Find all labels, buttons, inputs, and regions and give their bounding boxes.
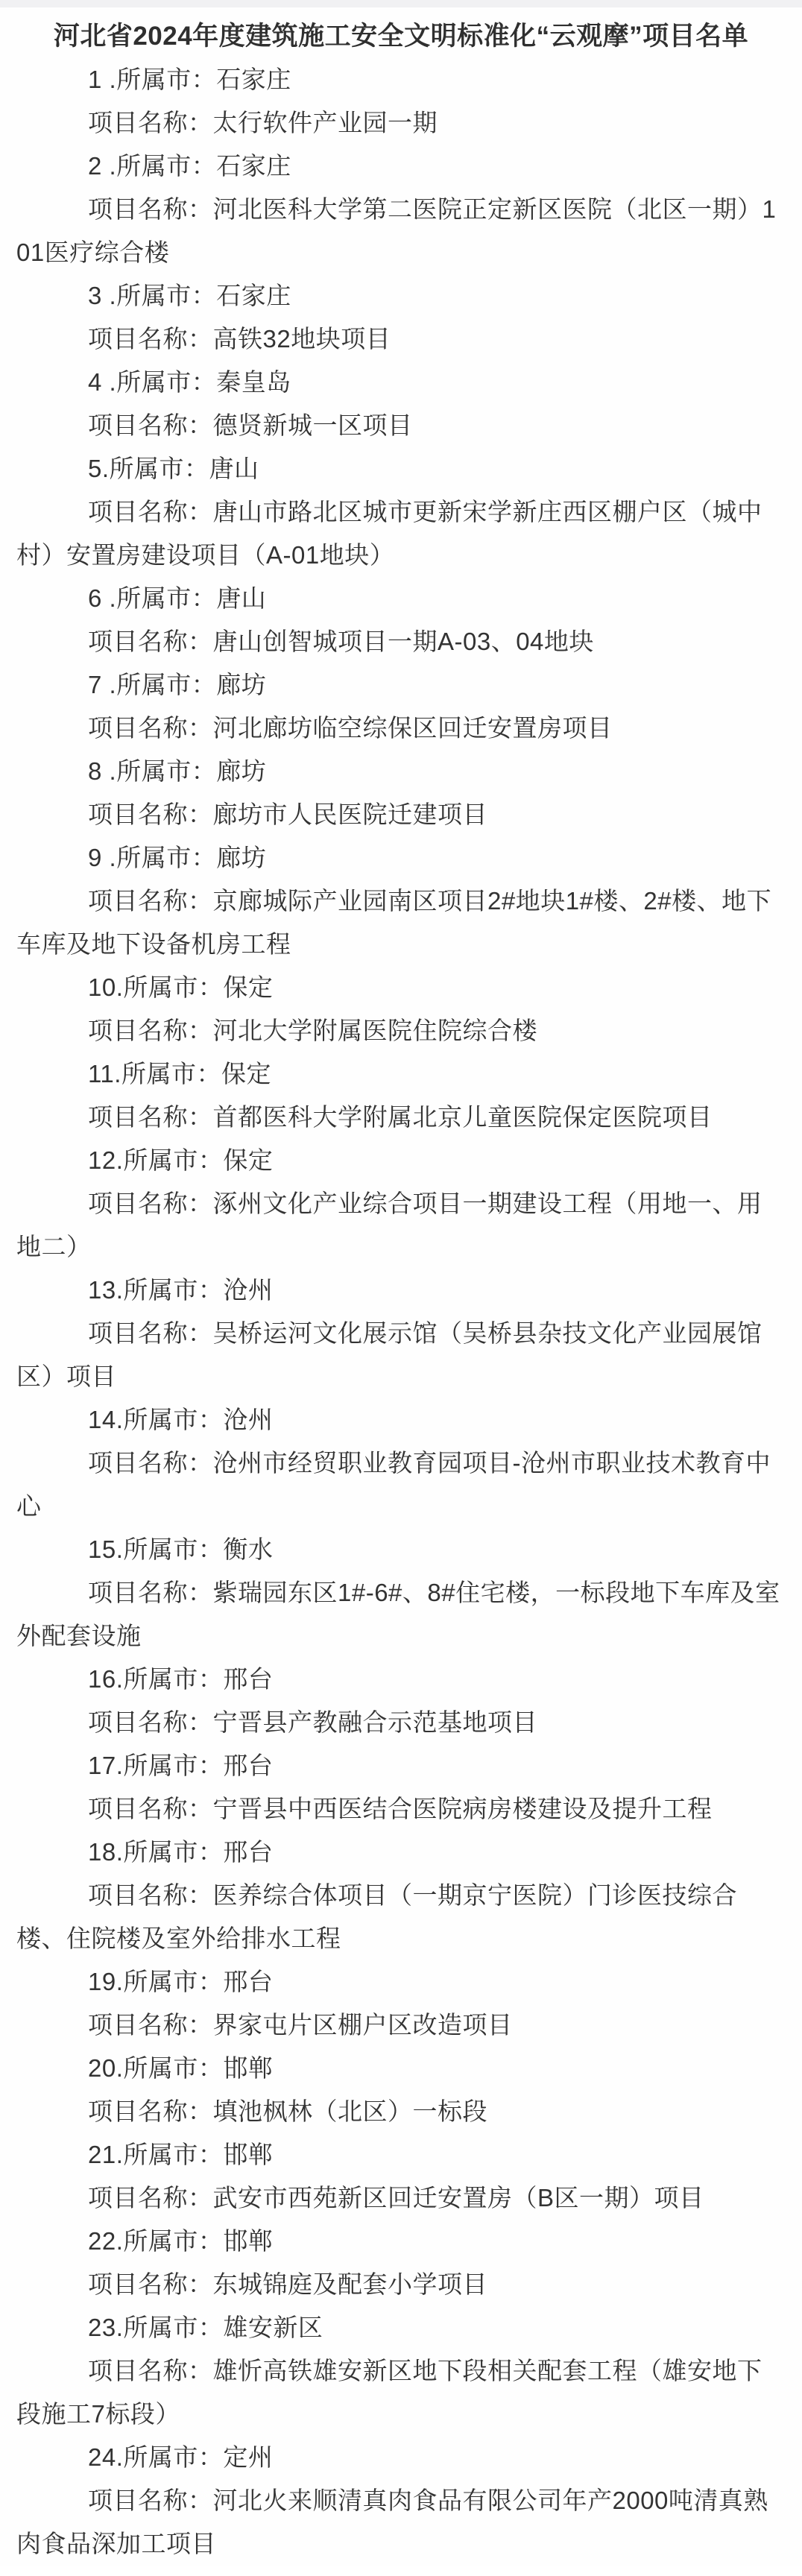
city-value: 石家庄 [216,66,291,93]
city-label: 所属市： [123,1146,223,1174]
item-number: 9 . [88,844,116,871]
city-value: 雄安新区 [223,2314,323,2341]
project-line: 项目名称：唐山市路北区城市更新宋学新庄西区棚户区（城中村）安置房建设项目（A-0… [0,490,802,577]
item-number: 13. [88,1276,123,1304]
project-list: 1 .所属市：石家庄 项目名称：太行软件产业园一期 2 .所属市：石家庄 项目名… [0,58,802,2566]
item-number: 24. [88,2443,123,2471]
city-value: 邢台 [223,1665,273,1693]
city-value: 保定 [221,1060,271,1087]
city-line: 7 .所属市：廊坊 [0,663,802,707]
item-number: 18. [88,1838,123,1866]
city-line: 15.所属市：衡水 [0,1528,802,1571]
project-line: 项目名称：河北火来顺清真肉食品有限公司年产2000吨清真熟肉食品深加工项目 [0,2479,802,2566]
top-edge-bar [0,0,802,7]
item-number: 14. [88,1406,123,1433]
city-line: 4 .所属市：秦皇岛 [0,361,802,404]
city-label: 所属市： [123,2314,223,2341]
project-value: 太行软件产业园一期 [213,109,438,136]
city-value: 邢台 [223,1968,273,1995]
city-line: 21.所属市：邯郸 [0,2133,802,2176]
item-number: 15. [88,1535,123,1563]
city-value: 秦皇岛 [216,368,291,396]
city-value: 廊坊 [216,671,266,698]
city-label: 所属市： [123,2141,223,2168]
city-value: 唐山 [209,455,259,482]
project-label: 项目名称： [88,2270,213,2298]
project-label: 项目名称： [88,1795,213,1822]
city-value: 唐山 [216,584,266,612]
city-label: 所属市： [123,2054,223,2082]
city-label: 所属市： [116,584,216,612]
city-line: 10.所属市：保定 [0,966,802,1009]
item-number: 3 . [88,282,116,309]
project-value: 首都医科大学附属北京儿童医院保定医院项目 [213,1103,713,1131]
city-label: 所属市： [116,282,216,309]
city-label: 所属市： [116,66,216,93]
project-line: 项目名称：德贤新城一区项目 [0,404,802,447]
project-label: 项目名称： [88,628,213,655]
city-value: 邯郸 [223,2141,273,2168]
city-value: 邢台 [223,1838,273,1866]
city-value: 廊坊 [216,757,266,785]
project-value: 德贤新城一区项目 [213,411,413,439]
project-label: 项目名称： [88,1579,213,1606]
project-label: 项目名称： [88,498,213,525]
city-line: 17.所属市：邢台 [0,1744,802,1787]
city-value: 保定 [223,973,273,1001]
city-value: 廊坊 [216,844,266,871]
city-label: 所属市： [123,1665,223,1693]
project-label: 项目名称： [88,887,213,915]
project-label: 项目名称： [88,1017,213,1044]
city-label: 所属市： [116,757,216,785]
project-value: 东城锦庭及配套小学项目 [213,2270,488,2298]
city-line: 20.所属市：邯郸 [0,2047,802,2090]
project-value: 界家屯片区棚户区改造项目 [213,2011,513,2039]
project-label: 项目名称： [88,1708,213,1736]
item-number: 19. [88,1968,123,1995]
item-number: 4 . [88,368,116,396]
city-label: 所属市： [123,1406,223,1433]
project-label: 项目名称： [88,1103,213,1131]
project-label: 项目名称： [88,2357,213,2384]
city-line: 3 .所属市：石家庄 [0,274,802,318]
project-label: 项目名称： [88,2011,213,2039]
project-label: 项目名称： [88,801,213,828]
city-line: 14.所属市：沧州 [0,1398,802,1442]
item-number: 21. [88,2141,123,2168]
item-number: 7 . [88,671,116,698]
city-label: 所属市： [123,1752,223,1779]
city-label: 所属市： [116,152,216,180]
city-line: 1 .所属市：石家庄 [0,58,802,101]
item-number: 1 . [88,66,116,93]
project-line: 项目名称：武安市西苑新区回迁安置房（B区一期）项目 [0,2176,802,2220]
project-label: 项目名称： [88,1881,213,1909]
city-value: 石家庄 [216,282,291,309]
project-label: 项目名称： [88,195,213,223]
city-label: 所属市： [110,455,209,482]
project-line: 项目名称：太行软件产业园一期 [0,101,802,145]
item-number: 5. [88,455,110,482]
project-value: 宁晋县中西医结合医院病房楼建设及提升工程 [213,1795,713,1822]
city-value: 沧州 [223,1406,273,1433]
city-line: 11.所属市：保定 [0,1052,802,1096]
item-number: 16. [88,1665,123,1693]
city-value: 保定 [223,1146,273,1174]
city-label: 所属市： [123,1968,223,1995]
city-line: 6 .所属市：唐山 [0,577,802,620]
city-line: 22.所属市：邯郸 [0,2220,802,2263]
project-label: 项目名称： [88,1190,213,1217]
project-label: 项目名称： [88,2097,213,2125]
project-line: 项目名称：河北大学附属医院住院综合楼 [0,1009,802,1052]
item-number: 22. [88,2227,123,2255]
item-number: 12. [88,1146,123,1174]
project-label: 项目名称： [88,2184,213,2212]
project-line: 项目名称：河北廊坊临空综保区回迁安置房项目 [0,707,802,750]
project-line: 项目名称：京廊城际产业园南区项目2#地块1#楼、2#楼、地下车库及地下设备机房工… [0,880,802,966]
city-label: 所属市： [121,1060,221,1087]
project-value: 廊坊市人民医院迁建项目 [213,801,488,828]
item-number: 6 . [88,584,116,612]
city-value: 定州 [223,2443,273,2471]
project-line: 项目名称：医养综合体项目（一期京宁医院）门诊医技综合楼、住院楼及室外给排水工程 [0,1874,802,1960]
city-label: 所属市： [116,844,216,871]
item-number: 17. [88,1752,123,1779]
item-number: 11. [88,1060,121,1087]
city-value: 邢台 [223,1752,273,1779]
project-line: 项目名称：宁晋县产教融合示范基地项目 [0,1701,802,1744]
city-label: 所属市： [123,2443,223,2471]
project-line: 项目名称：廊坊市人民医院迁建项目 [0,793,802,836]
project-value: 填池枫林（北区）一标段 [213,2097,488,2125]
item-number: 2 . [88,152,116,180]
city-line: 8 .所属市：廊坊 [0,750,802,793]
document-page: 河北省2024年度建筑施工安全文明标准化“云观摩”项目名单 1 .所属市：石家庄… [0,0,802,2566]
project-value: 河北廊坊临空综保区回迁安置房项目 [213,714,613,742]
item-number: 10. [88,973,123,1001]
city-line: 16.所属市：邢台 [0,1658,802,1701]
project-line: 项目名称：唐山创智城项目一期A-03、04地块 [0,620,802,663]
project-line: 项目名称：首都医科大学附属北京儿童医院保定医院项目 [0,1096,802,1139]
city-label: 所属市： [123,1276,223,1304]
project-label: 项目名称： [88,109,213,136]
city-line: 5.所属市：唐山 [0,447,802,490]
project-line: 项目名称：填池枫林（北区）一标段 [0,2090,802,2133]
project-line: 项目名称：吴桥运河文化展示馆（吴桥县杂技文化产业园展馆区）项目 [0,1312,802,1398]
city-value: 邯郸 [223,2054,273,2082]
city-label: 所属市： [123,973,223,1001]
project-label: 项目名称： [88,1449,213,1477]
item-number: 8 . [88,757,116,785]
project-line: 项目名称：河北医科大学第二医院正定新区医院（北区一期）101医疗综合楼 [0,188,802,274]
project-line: 项目名称：涿州文化产业综合项目一期建设工程（用地一、用地二） [0,1182,802,1269]
city-value: 邯郸 [223,2227,273,2255]
project-line: 项目名称：宁晋县中西医结合医院病房楼建设及提升工程 [0,1787,802,1831]
project-label: 项目名称： [88,714,213,742]
project-label: 项目名称： [88,2487,213,2514]
city-line: 9 .所属市：廊坊 [0,836,802,880]
item-number: 20. [88,2054,123,2082]
city-label: 所属市： [123,2227,223,2255]
city-line: 13.所属市：沧州 [0,1269,802,1312]
item-number: 23. [88,2314,123,2341]
page-title: 河北省2024年度建筑施工安全文明标准化“云观摩”项目名单 [22,18,780,55]
project-label: 项目名称： [88,1319,213,1347]
project-value: 河北大学附属医院住院综合楼 [213,1017,538,1044]
city-line: 18.所属市：邢台 [0,1831,802,1874]
city-label: 所属市： [123,1535,223,1563]
city-label: 所属市： [116,671,216,698]
project-value: 高铁32地块项目 [213,325,391,353]
project-value: 武安市西苑新区回迁安置房（B区一期）项目 [213,2184,704,2212]
project-line: 项目名称：沧州市经贸职业教育园项目-沧州市职业技术教育中心 [0,1442,802,1528]
city-value: 衡水 [223,1535,273,1563]
project-line: 项目名称：东城锦庭及配套小学项目 [0,2263,802,2306]
project-line: 项目名称：高铁32地块项目 [0,318,802,361]
city-line: 23.所属市：雄安新区 [0,2306,802,2349]
project-label: 项目名称： [88,325,213,353]
city-line: 12.所属市：保定 [0,1139,802,1182]
city-value: 沧州 [223,1276,273,1304]
project-value: 宁晋县产教融合示范基地项目 [213,1708,538,1736]
project-line: 项目名称：紫瑞园东区1#-6#、8#住宅楼，一标段地下车库及室外配套设施 [0,1571,802,1658]
city-line: 2 .所属市：石家庄 [0,145,802,188]
city-line: 19.所属市：邢台 [0,1960,802,2004]
project-line: 项目名称：雄忻高铁雄安新区地下段相关配套工程（雄安地下段施工7标段） [0,2349,802,2436]
project-label: 项目名称： [88,411,213,439]
project-line: 项目名称：界家屯片区棚户区改造项目 [0,2004,802,2047]
city-label: 所属市： [123,1838,223,1866]
city-line: 24.所属市：定州 [0,2436,802,2479]
city-label: 所属市： [116,368,216,396]
project-value: 唐山创智城项目一期A-03、04地块 [213,628,594,655]
city-value: 石家庄 [216,152,291,180]
